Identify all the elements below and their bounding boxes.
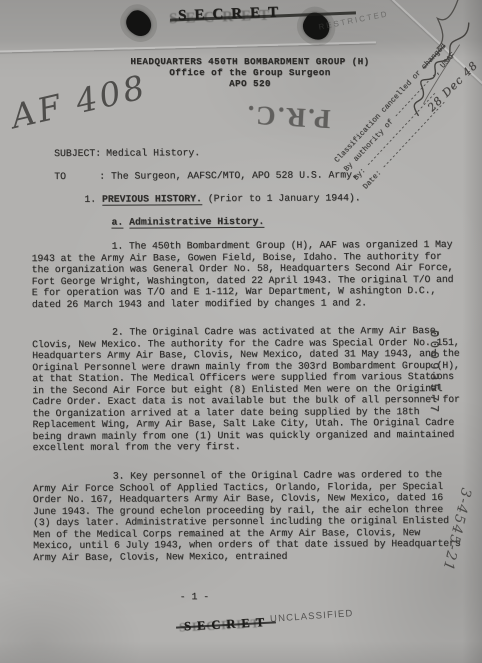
subsection-a-title: Administrative History.	[129, 216, 264, 229]
scanned-document-page: SECRET RESTRICTED HEADQUARTERS 450TH BOM…	[0, 0, 482, 663]
paragraph-2: 2. The Original Cadre was activated at t…	[32, 325, 461, 454]
section-1-title: PREVIOUS HISTORY.	[102, 193, 202, 206]
subsection-a-letter: a.	[111, 217, 123, 229]
page-number: - 1 -	[159, 591, 229, 602]
section-1-heading: 1. PREVIOUS HISTORY. (Prior to 1 January…	[84, 192, 360, 204]
subject-value: Medical History.	[106, 147, 200, 158]
typed-body: SUBJECT: Medical History. TO : The Surge…	[0, 0, 482, 663]
paragraph-3: 3. Key personnel of the Original Cadre w…	[33, 469, 461, 564]
paragraph-1: 1. The 450th Bombardment Group (H), AAF …	[32, 239, 460, 311]
to-value: : The Surgeon, AAFSC/MTO, APO 528 U.S. A…	[99, 169, 358, 181]
section-1-suffix: (Prior to 1 January 1944).	[202, 192, 361, 204]
subject-label: SUBJECT:	[54, 148, 101, 159]
subsection-a-heading: a. Administrative History.	[111, 216, 264, 228]
archive-serial-number: 00093577	[427, 330, 441, 490]
to-label: TO	[54, 171, 66, 182]
section-1-number: 1.	[84, 194, 96, 205]
